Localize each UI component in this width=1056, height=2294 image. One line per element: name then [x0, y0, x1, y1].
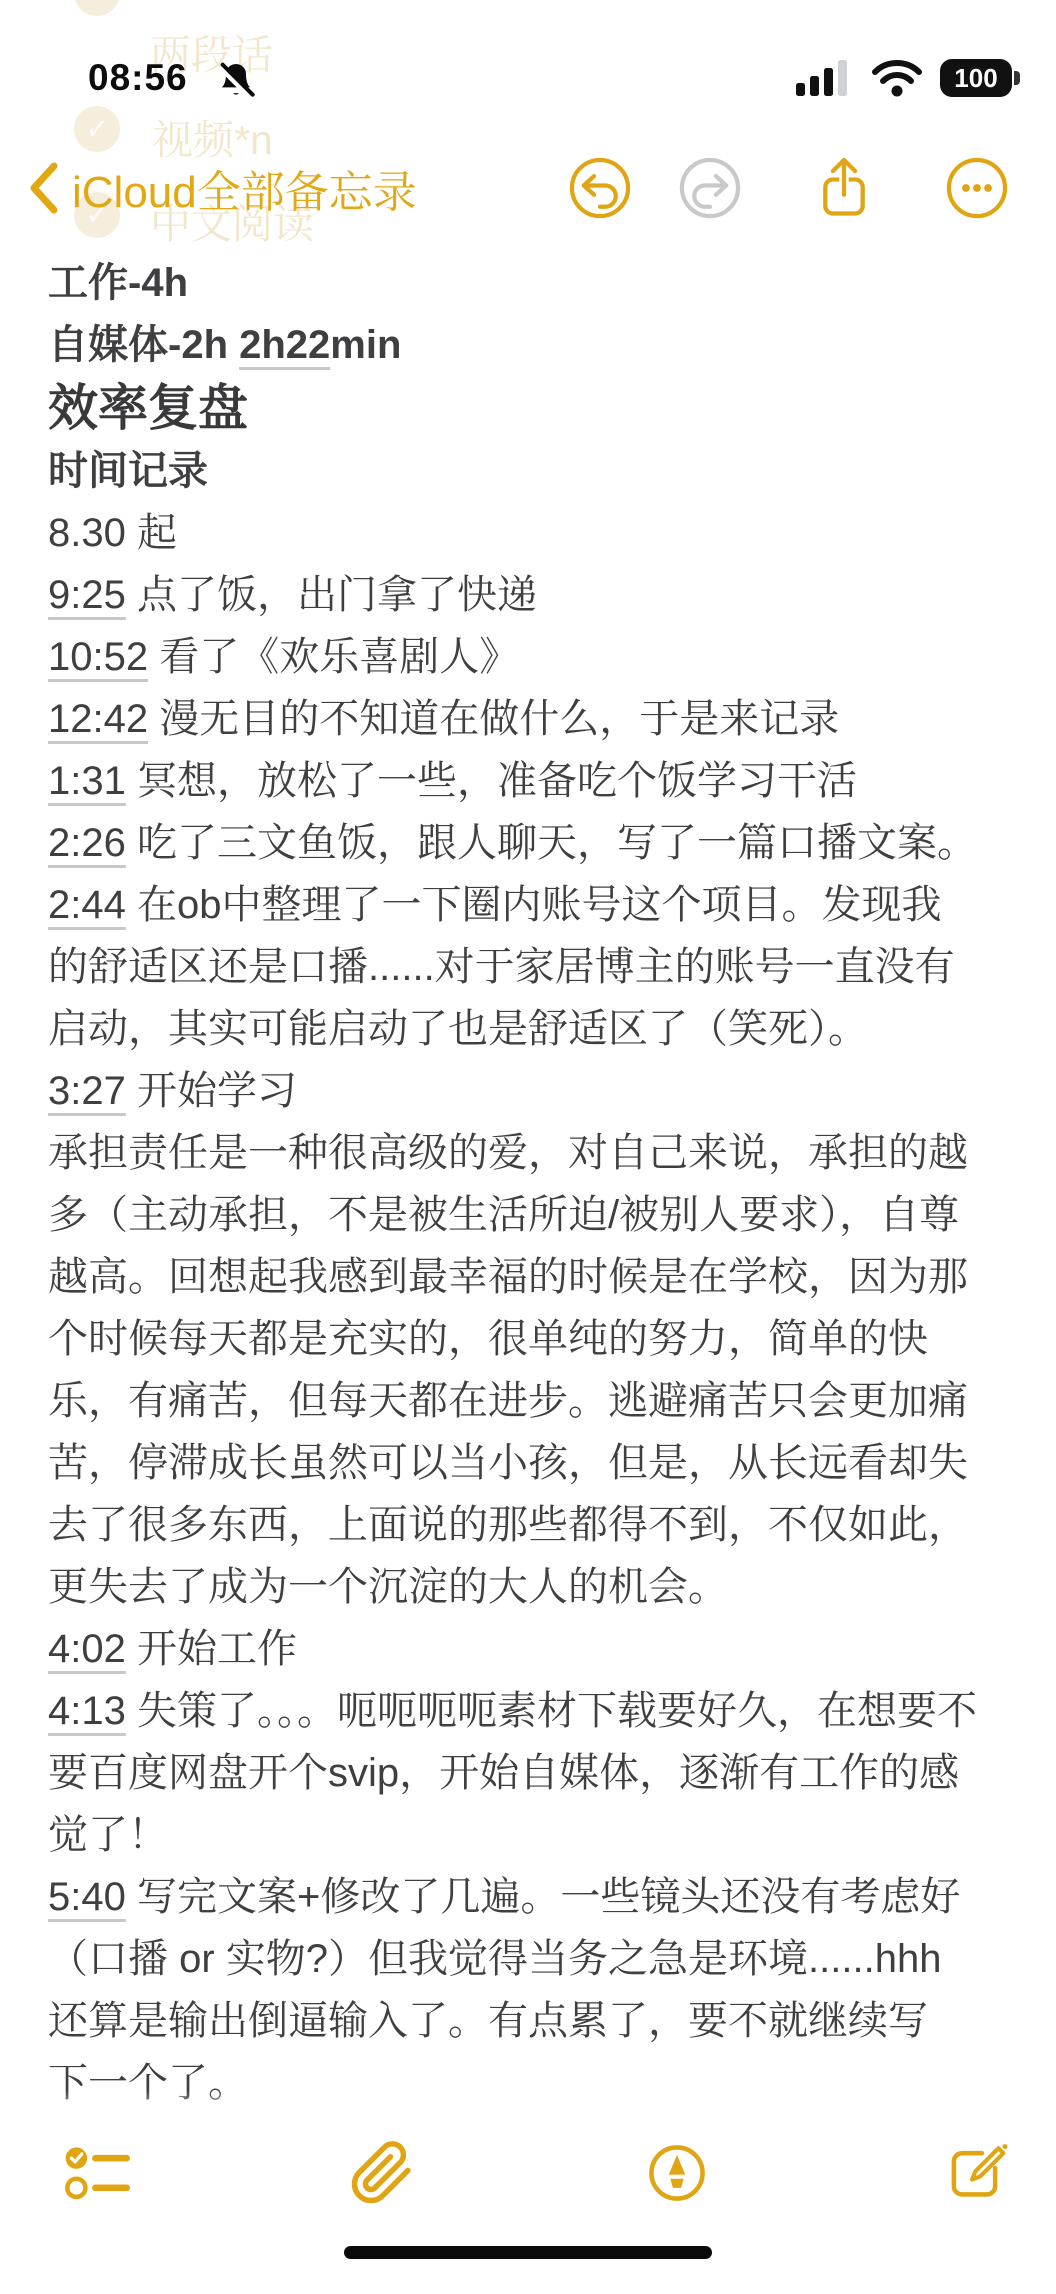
share-button[interactable] — [810, 154, 878, 222]
redo-button[interactable] — [676, 154, 744, 222]
note-line: 5:40 写完文案+修改了几遍。一些镜头还没有考虑好（口播 or 实物?）但我觉… — [48, 1866, 978, 1990]
time-link[interactable]: 2:26 — [48, 821, 126, 865]
nav-bar: iCloud全部备忘录 — [0, 142, 1056, 234]
wifi-icon — [871, 58, 923, 98]
note-line: 4:02 开始工作 — [48, 1618, 978, 1680]
markup-button[interactable] — [644, 2140, 710, 2206]
time-link[interactable]: 12:42 — [48, 697, 148, 741]
note-line: 4:13 失策了。。。呃呃呃呃素材下载要好久，在想要不要百度网盘开个svip，开… — [48, 1680, 978, 1866]
note-line: 3:27 开始学习 — [48, 1060, 978, 1122]
home-indicator[interactable] — [344, 2246, 712, 2259]
note-text: 失策了。。。呃呃呃呃素材下载要好久，在想要不要百度网盘开个svip，开始自媒体，… — [48, 1689, 977, 1857]
note-line: 还算是输出倒逼输入了。有点累了，要不就继续写 — [48, 1990, 978, 2052]
status-time: 08:56 — [88, 57, 188, 99]
summary-text: min — [330, 323, 401, 367]
time-link[interactable]: 9:25 — [48, 573, 126, 617]
note-line: 2:26 吃了三文鱼饭，跟人聊天，写了一篇口播文案。 — [48, 812, 978, 874]
note-text: 开始工作 — [126, 1627, 297, 1671]
note-text: 点了饭，出门拿了快递 — [126, 573, 537, 617]
battery-icon: 100 — [940, 59, 1012, 97]
undo-icon — [566, 154, 634, 222]
share-icon — [810, 154, 878, 222]
markup-pen-icon — [644, 2140, 710, 2206]
note-text: 看了《欢乐喜剧人》 — [148, 635, 519, 679]
status-bar: 08:56 100 — [0, 57, 1056, 99]
time-link[interactable]: 10:52 — [48, 635, 148, 679]
bottom-toolbar — [0, 2090, 1056, 2294]
note-editor[interactable]: 工作-4h 自媒体-2h 2h22min 效率复盘 时间记录 8.30 起9:2… — [48, 252, 978, 2114]
more-icon — [943, 154, 1011, 222]
note-text: 开始学习 — [126, 1069, 297, 1113]
chevron-left-icon — [28, 162, 58, 214]
ghost-check-circle — [74, 0, 120, 16]
signal-bars-icon — [796, 59, 854, 97]
note-text: 漫无目的不知道在做什么，于是来记录 — [148, 697, 839, 741]
note-line: 2:44 在ob中整理了一下圈内账号这个项目。发现我的舒适区还是口播......… — [48, 874, 978, 1060]
back-button[interactable]: iCloud全部备忘录 — [28, 156, 417, 220]
compose-icon — [944, 2140, 1010, 2206]
note-text: 还算是输出倒逼输入了。有点累了，要不就继续写 — [48, 1999, 928, 2043]
note-line: 8.30 起 — [48, 502, 978, 564]
note-text: 8.30 起 — [48, 511, 177, 555]
battery-percent: 100 — [954, 63, 997, 94]
note-entries: 8.30 起9:25 点了饭，出门拿了快递10:52 看了《欢乐喜剧人》12:4… — [48, 502, 978, 2114]
note-line: 承担责任是一种很高级的爱，对自己来说，承担的越多（主动承担，不是被生活所迫/被别… — [48, 1122, 978, 1618]
note-text: 冥想，放松了一些，准备吃个饭学习干活 — [126, 759, 857, 803]
time-link[interactable]: 4:02 — [48, 1627, 126, 1671]
time-link[interactable]: 3:27 — [48, 1069, 126, 1113]
checklist-icon — [64, 2140, 130, 2206]
time-link[interactable]: 4:13 — [48, 1689, 126, 1733]
checklist-button[interactable] — [64, 2140, 130, 2206]
note-line: 9:25 点了饭，出门拿了快递 — [48, 564, 978, 626]
undo-button[interactable] — [566, 154, 634, 222]
time-link[interactable]: 5:40 — [48, 1875, 126, 1919]
summary-text: 自媒体-2h — [48, 323, 239, 367]
note-title: 效率复盘 — [48, 376, 978, 440]
note-subtitle: 时间记录 — [48, 440, 978, 502]
check-icon: ✓ — [86, 114, 109, 145]
attach-button[interactable] — [349, 2140, 415, 2206]
note-line: 1:31 冥想，放松了一些，准备吃个饭学习干活 — [48, 750, 978, 812]
status-right-icons: 100 — [796, 58, 1012, 98]
summary-line: 工作-4h — [48, 252, 978, 314]
time-link[interactable]: 2:44 — [48, 883, 126, 927]
duration-link[interactable]: 2h22 — [239, 323, 330, 367]
compose-button[interactable] — [944, 2140, 1010, 2206]
note-text: 承担责任是一种很高级的爱，对自己来说，承担的越多（主动承担，不是被生活所迫/被别… — [48, 1131, 968, 1609]
summary-line: 自媒体-2h 2h22min — [48, 314, 978, 376]
more-button[interactable] — [943, 154, 1011, 222]
redo-icon — [676, 154, 744, 222]
bell-slash-icon — [216, 59, 256, 104]
note-line: 10:52 看了《欢乐喜剧人》 — [48, 626, 978, 688]
back-label: iCloud全部备忘录 — [72, 156, 417, 220]
note-text: 吃了三文鱼饭，跟人聊天，写了一篇口播文案。 — [126, 821, 977, 865]
note-line: 12:42 漫无目的不知道在做什么，于是来记录 — [48, 688, 978, 750]
notes-app-screen: 两段话 ✓ 视频*n ✓ 中文阅读 08:56 — [0, 0, 1056, 2294]
paperclip-icon — [349, 2140, 415, 2206]
note-text: 写完文案+修改了几遍。一些镜头还没有考虑好（口播 or 实物?）但我觉得当务之急… — [48, 1875, 960, 1981]
note-text: 在ob中整理了一下圈内账号这个项目。发现我的舒适区还是口播......对于家居博… — [48, 883, 955, 1051]
time-link[interactable]: 1:31 — [48, 759, 126, 803]
